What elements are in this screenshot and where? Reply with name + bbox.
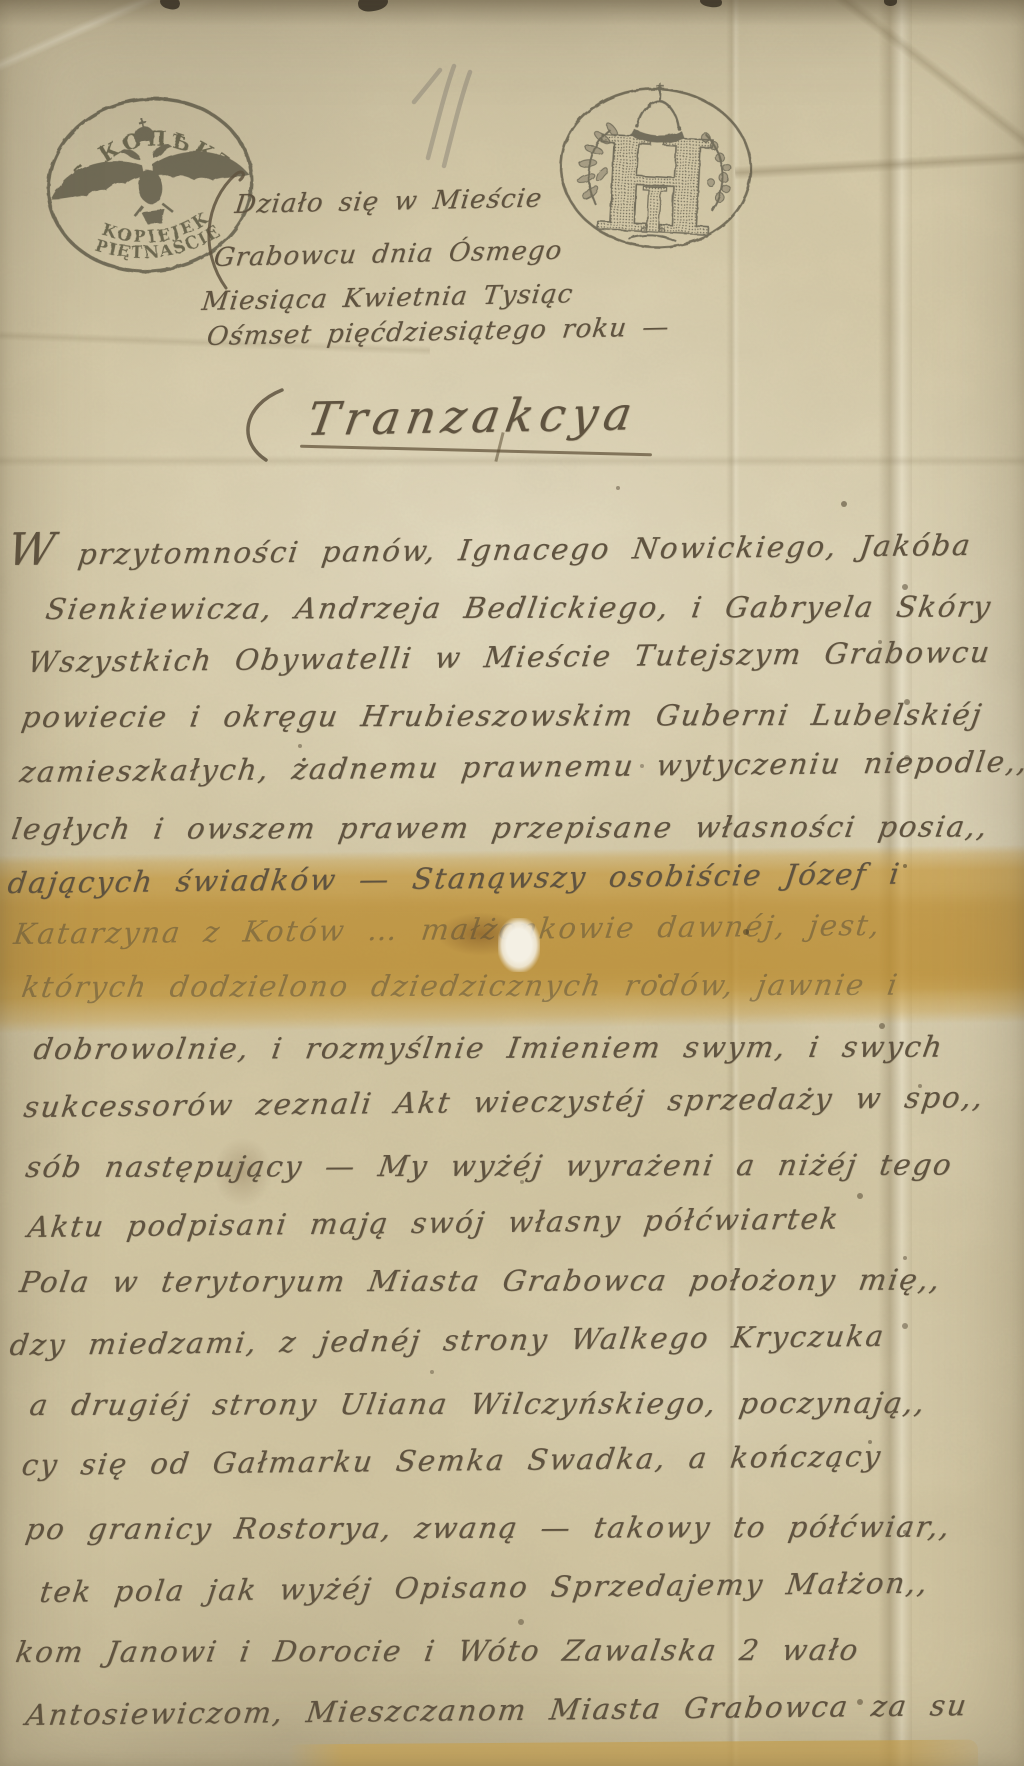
body-line: Sienkiewicza, Andrzeja Bedlickiego, i Ga… [43,590,994,626]
title-parenthesis-flourish [230,384,294,468]
document-photo: 15 КОПѢКЪ KOPIEJEK PIĘTNAŚCIE [0,0,1024,1766]
top-edge-shadow [0,0,1024,26]
body-line: powiecie i okręgu Hrubieszowskim Guberni… [19,697,985,734]
imperial-monogram-stamp: Н I [556,82,756,254]
monogram: Н I [590,107,721,254]
body-line: kom Janowi i Dorocie i Wóto Zawalska 2 w… [13,1633,862,1669]
body-line: Pola w terytoryum Miasta Grabowca położo… [17,1263,944,1299]
body-line: po granicy Rostorya, zwaną — takowy to p… [23,1510,953,1546]
header-flourish [196,168,248,294]
body-line: ległych i owszem prawem przepisane własn… [9,809,991,846]
pencil-scribble [408,58,504,178]
document-title: Tranzakcya [304,386,642,446]
paper-hole [498,918,540,972]
body-line: dobrowolnie, i rozmyślnie Imieniem swym,… [31,1030,946,1066]
body-line-faded: których dodzielono dziedzicznych rodów, … [19,968,901,1004]
body-line: a drugiéj strony Uliana Wilczyńskiego, p… [27,1386,928,1422]
ink-specks [0,0,4,4]
bottom-stain-band [288,1740,978,1766]
body-line: sób następujący — My wyżéj wyrażeni a ni… [23,1148,955,1184]
